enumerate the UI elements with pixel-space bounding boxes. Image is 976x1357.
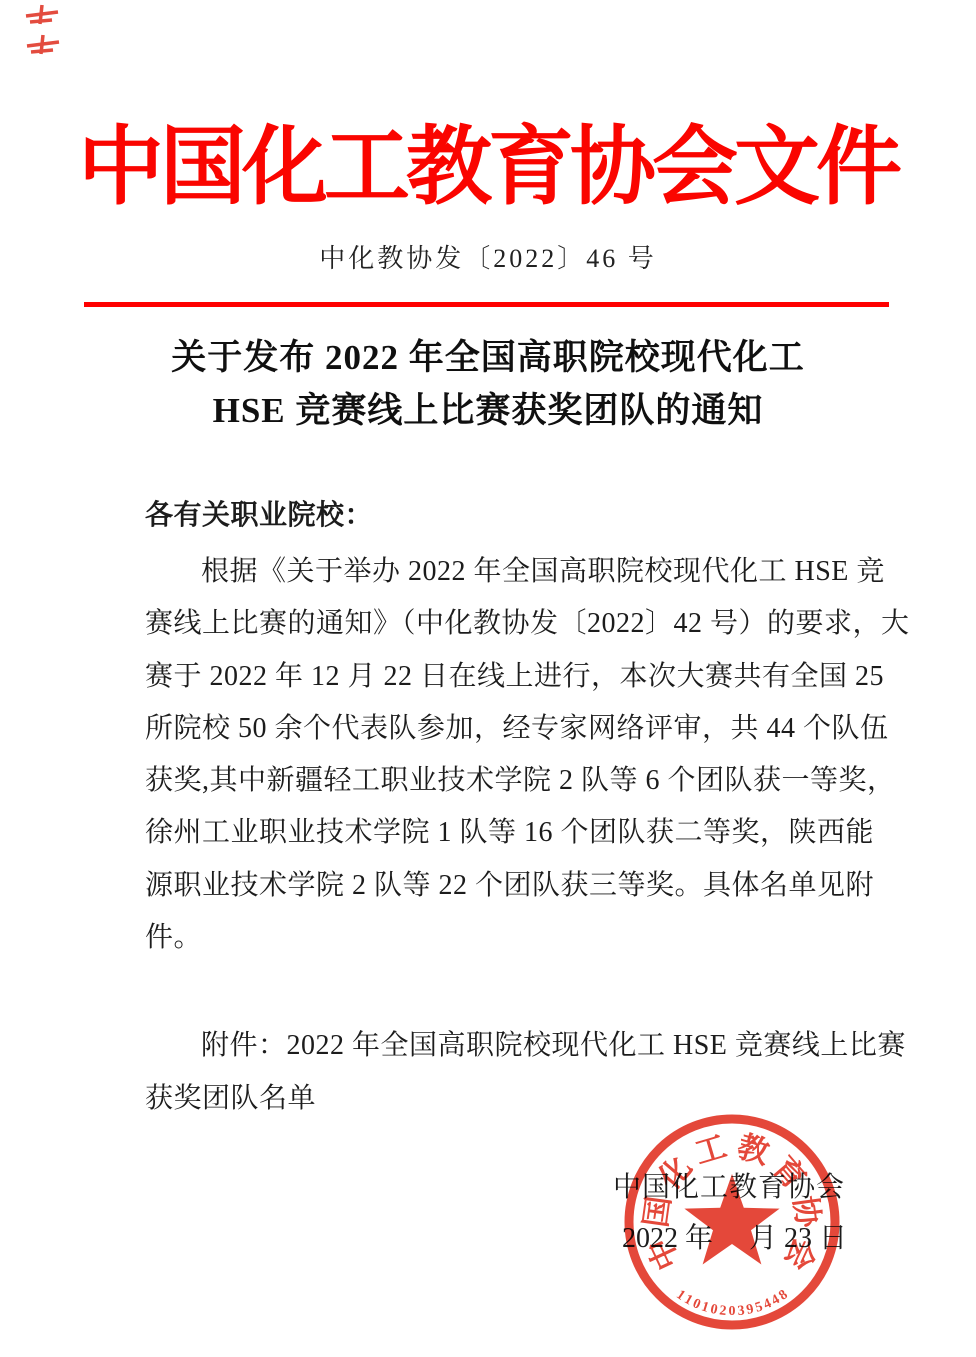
document-title: 关于发布 2022 年全国高职院校现代化工 HSE 竞赛线上比赛获奖团队的通知 xyxy=(0,331,976,437)
official-seal: 中国化工教育协会 1101020395448 xyxy=(616,1108,848,1340)
document-title-line1: 关于发布 2022 年全国高职院校现代化工 xyxy=(0,331,976,384)
svg-text:育: 育 xyxy=(766,1150,813,1196)
body-line: 赛于 2022 年 12 月 22 日在线上进行，本次大赛共有全国 25 xyxy=(145,651,857,703)
org-header-title: 中国化工教育协会文件 xyxy=(0,112,976,222)
body-line: 件。 xyxy=(145,912,857,964)
body-line: 徐州工业职业技术学院 1 队等 16 个团队获二等奖，陕西能 xyxy=(145,807,857,859)
svg-text:3: 3 xyxy=(737,1303,745,1319)
svg-text:2: 2 xyxy=(719,1303,727,1319)
svg-text:工: 工 xyxy=(691,1129,731,1171)
body-line: 根据《关于举办 2022 年全国高职院校现代化工 HSE 竞 xyxy=(145,546,857,598)
corner-stamp-fragment xyxy=(22,2,66,62)
doc-number: 中化教协发〔2022〕46 号 xyxy=(0,242,976,276)
attachment-line: 附件：2022 年全国高职院校现代化工 HSE 竞赛线上比赛 xyxy=(145,1020,857,1072)
body-line: 获奖,其中新疆轻工职业技术学院 2 队等 6 个团队获一等奖， xyxy=(145,755,857,807)
svg-text:0: 0 xyxy=(709,1302,719,1318)
red-divider-rule xyxy=(84,302,889,307)
svg-text:会: 会 xyxy=(778,1232,823,1275)
document-title-line2: HSE 竞赛线上比赛获奖团队的通知 xyxy=(0,384,976,437)
svg-text:0: 0 xyxy=(729,1304,736,1319)
body-line: 所院校 50 余个代表队参加，经专家网络评审，共 44 个队伍 xyxy=(145,703,857,755)
salutation: 各有关职业院校： xyxy=(145,490,857,542)
star-icon xyxy=(684,1174,779,1265)
body-line: 赛线上比赛的通知》（中化教协发〔2022〕42 号）的要求，大 xyxy=(145,598,857,650)
body-line: 源职业技术学院 2 队等 22 个团队获三等奖。具体名单见附 xyxy=(145,860,857,912)
svg-text:国: 国 xyxy=(638,1194,677,1229)
svg-text:中: 中 xyxy=(641,1232,686,1275)
svg-text:教: 教 xyxy=(734,1129,775,1172)
document-page: 中国化工教育协会文件 中化教协发〔2022〕46 号 关于发布 2022 年全国… xyxy=(0,0,976,1357)
svg-text:协: 协 xyxy=(787,1194,826,1230)
document-body: 各有关职业院校： 根据《关于举办 2022 年全国高职院校现代化工 HSE 竞 … xyxy=(145,490,857,1125)
